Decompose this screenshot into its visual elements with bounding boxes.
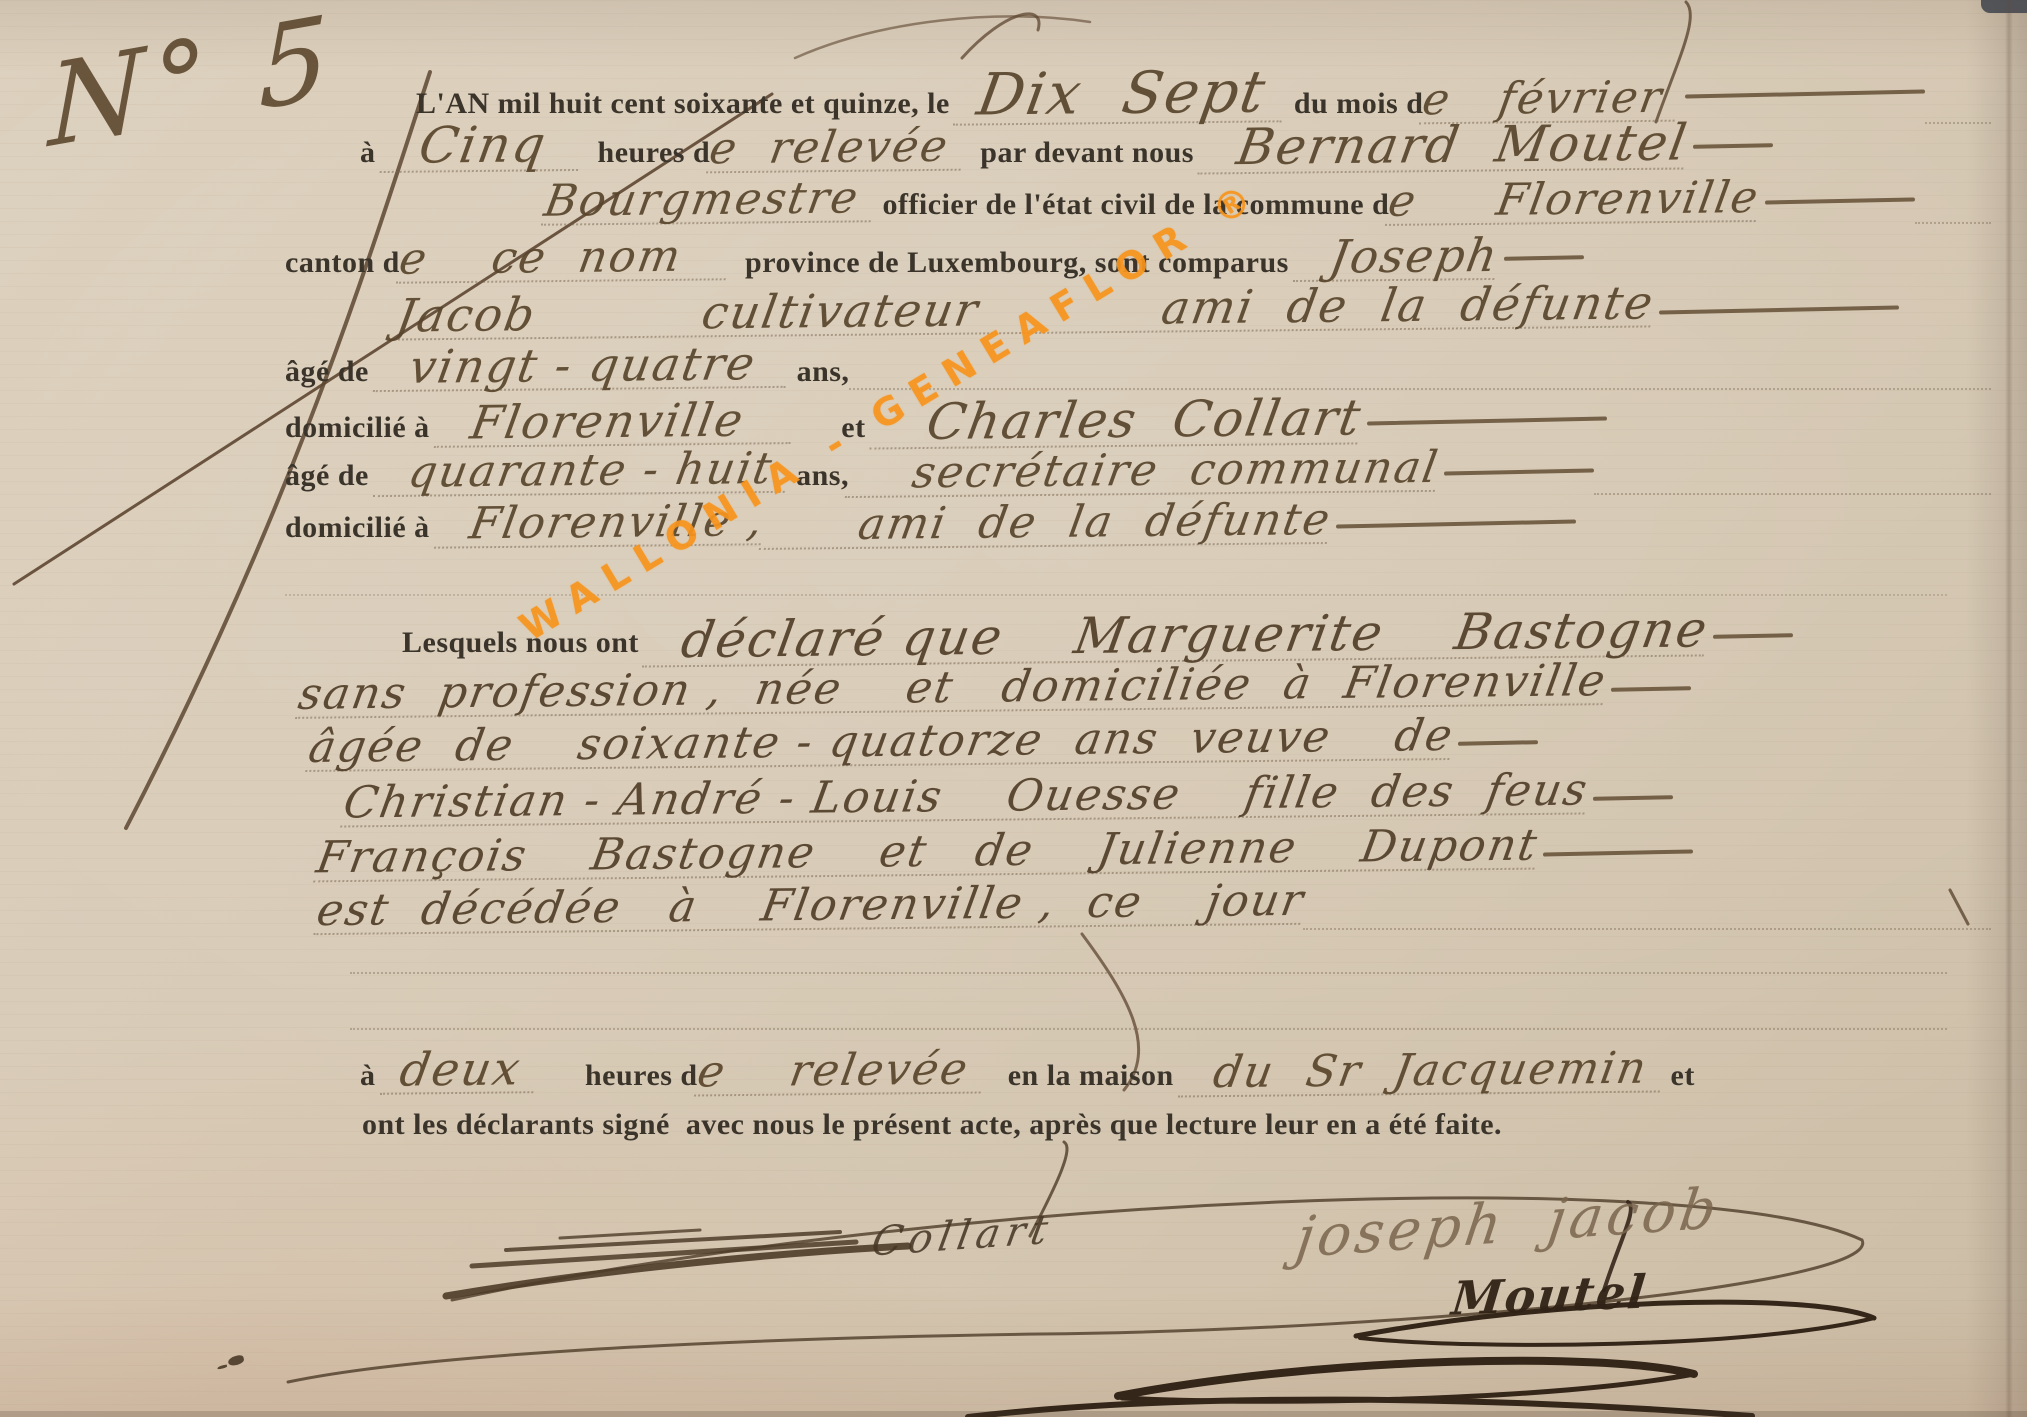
witness-signature-flourish [288,1142,1863,1382]
act-line-declarant-details: Jacob cultivateur ami de la défunte [398,286,1991,334]
dotted-leader [1303,922,1991,930]
act-line-age-2: âgé de quarante - huit ans, secrétaire c… [285,449,1991,495]
act-line-domicile-1: domicilié à Florenville et Charles Colla… [285,395,1991,447]
printed-text: heures d [537,1059,698,1094]
handwritten-age: vingt - quatre [372,340,792,392]
handwritten-paragraph: âgée de soixante - quatorze ans veuve de [305,714,1457,772]
handwritten-relevee: e relevée [694,1048,988,1097]
page-corner-shadow [1981,0,2027,13]
handwritten-title: Bourgmestre [541,176,879,225]
declarant-signature: joseph jacob [1293,1181,1724,1267]
page-fold-crease [2005,0,2013,1417]
printed-text: âgé de [285,459,377,494]
act-line-hour-officer: à Cinq heures d e relevée par devant nou… [360,120,1991,172]
printed-text: ans, [789,355,850,390]
handwritten-paragraph: est décédée à Florenville , ce jour [313,879,1308,935]
handwritten-occupation: secrétaire communal [845,446,1443,498]
pen-tail-stroke [1367,416,1607,425]
pen-tail-stroke [1458,740,1538,746]
pen-tail-stroke [1543,849,1693,856]
dotted-leader [1594,487,1991,495]
pen-tail-stroke [1444,468,1594,475]
handwritten-domicile: Florenville [433,396,797,448]
handwritten-hour: Cinq [379,119,586,173]
witness-signature: Collart [869,1209,1057,1262]
pen-tail-stroke [1504,255,1584,261]
handwritten-relation: ami de la défunte [759,498,1335,550]
printed-text: canton d [285,246,400,281]
ink-blot [227,1354,245,1367]
printed-text: et [1663,1059,1695,1094]
printed-text: domicilié à [285,411,438,446]
pen-tail-stroke [1713,633,1793,639]
handwritten-hour: deux [379,1045,541,1095]
dotted-leader [849,382,1991,390]
pen-tail-stroke [1765,197,1915,204]
act-line-age-1: âgé de vingt - quatre ans, [285,342,1991,390]
printed-text: ont les déclarants signé avec nous le pr… [362,1108,1502,1143]
act-line-deceased-spouse: Christian - André - Louis Ouesse fille d… [345,775,1991,821]
printed-text: officier de l'état civil de la commune d [874,188,1389,223]
pen-tail-stroke [1693,143,1773,149]
record-number: N° 5 [48,0,336,164]
pen-tail-stroke [1593,795,1673,801]
dotted-blank-line [350,1028,1947,1030]
handwritten-day: Dix Sept [953,62,1292,125]
act-line-declaration: Lesquels nous ont déclaré que Marguerite… [402,610,1991,662]
dotted-leader [1915,216,1991,224]
pen-tail-stroke [1685,89,1925,98]
handwritten-first-declarant: Joseph [1293,232,1503,282]
page-bottom-edge [0,1411,2027,1417]
handwritten-paragraph: François Bastogne et de Julienne Dupont [313,824,1541,883]
pen-tail-stroke [1336,519,1576,528]
printed-text: heures d [582,136,711,171]
act-line-deceased-profession: sans profession , née et domiciliée à Fl… [300,666,1991,712]
printed-text: province de Luxembourg, sont comparus [729,246,1297,281]
act-line-death-statement: est décédée à Florenville , ce jour [318,884,1991,930]
handwritten-paragraph: Christian - André - Louis Ouesse fille d… [340,768,1592,827]
handwritten-relevee: e relevée [706,125,968,174]
dotted-blank-line [350,972,1947,974]
printed-text: âgé de [285,355,377,390]
handwritten-canton: e ce nom [396,234,733,283]
dotted-blank-line [285,594,1947,596]
printed-text: par devant nous [964,136,1202,171]
printed-text: en la maison [984,1059,1182,1094]
officer-signature: Moutel [1450,1268,1650,1321]
act-line-domicile-2: domicilié à Florenville , ami de la défu… [285,501,1991,547]
handwritten-house: du Sr Jacquemin [1178,1046,1667,1097]
handwritten-officer-name: Bernard Moutel [1197,117,1691,174]
pen-tail-stroke [1659,305,1899,314]
act-line-closing: ont les déclarants signé avec nous le pr… [362,1108,1991,1143]
handwritten-commune: e Florenville [1385,176,1763,226]
printed-text: domicilié à [285,511,438,546]
death-record-page: N° 5 L'AN mil huit cent soixante et quin… [0,0,2027,1417]
pen-tail-stroke [1611,686,1691,692]
act-line-officer-title: Bourgmestre officier de l'état civil de … [545,178,1991,224]
act-line-deceased-age: âgée de soixante - quatorze ans veuve de [310,720,1991,766]
act-line-deceased-parents: François Bastogne et de Julienne Dupont [318,830,1991,876]
act-line-death-hour-place: à deux heures d e relevée en la maison d… [360,1046,1991,1095]
act-line-year-date: L'AN mil huit cent soixante et quinze, l… [416,64,1991,124]
